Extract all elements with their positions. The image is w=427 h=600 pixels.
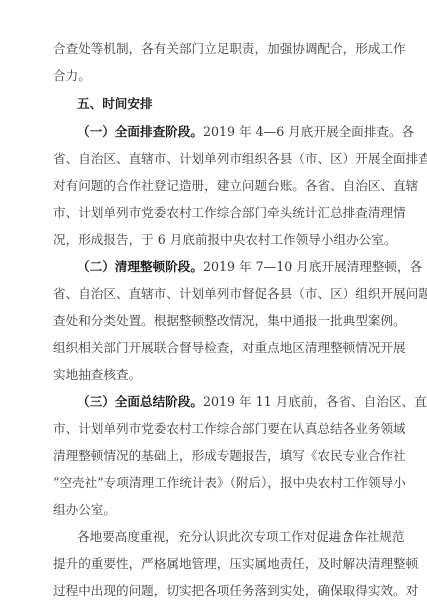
- paragraph-line: 对有问题的合作社登记造册，建立问题台账。各省、自治区、直辖: [53, 178, 399, 194]
- page-number: — 7 —: [326, 531, 370, 545]
- paragraph-line: 过程中出现的问题，切实把各项任务落到实处，确保取得实效。对: [53, 583, 399, 599]
- stage-text: 2019 年 7—10 月底开展清理整顿，各: [203, 259, 422, 274]
- stage-title: （三）全面总结阶段。: [77, 394, 203, 409]
- paragraph-line: （二）清理整顿阶段。2019 年 7—10 月底开展清理整顿，各: [77, 259, 399, 275]
- paragraph-line: 合力。: [53, 68, 399, 84]
- paragraph-line: 提升的重要性，严格属地管理，压实属地责任，及时解决清理整顿: [53, 556, 399, 572]
- paragraph-line: 组织相关部门开展联合督导检查，对重点地区清理整顿情况开展: [53, 340, 399, 356]
- paragraph-line: 清理整顿情况的基础上，形成专题报告，填写《农民专业合作社: [53, 448, 399, 464]
- paragraph-line: 实地抽查核查。: [53, 367, 399, 383]
- stage-title: （二）清理整顿阶段。: [77, 259, 203, 274]
- stage-text: 2019 年 11 月底前，各省、自治区、直辖: [203, 394, 427, 409]
- paragraph-line: 查处和分类处置。根据整顿整改情况，集中通报一批典型案例。: [53, 313, 399, 329]
- paragraph-line: “空壳社”专项清理工作统计表》（附后），报中央农村工作领导小: [53, 475, 399, 491]
- paragraph-line: 省、自治区、直辖市、计划单列市督促各县（市、区）组织开展问题: [53, 286, 399, 302]
- paragraph-line: 况，形成报告，于 6 月底前报中央农村工作领导小组办公室。: [53, 232, 399, 248]
- paragraph-line: 市、计划单列市党委农村工作综合部门要在认真总结各业务领域: [53, 421, 399, 437]
- stage-title: （一）全面排查阶段。: [77, 124, 203, 139]
- paragraph-line: 市、计划单列市党委农村工作综合部门牵头统计汇总排查清理情: [53, 205, 399, 221]
- paragraph-line: 组办公室。: [53, 502, 399, 518]
- paragraph-line: （三）全面总结阶段。2019 年 11 月底前，各省、自治区、直辖: [77, 394, 399, 410]
- document-page: 合查处等机制，各有关部门立足职责，加强协调配合，形成工作 合力。 五、时间安排 …: [0, 0, 427, 600]
- paragraph-line: 省、自治区、直辖市、计划单列市组织各县（市、区）开展全面排查，: [53, 151, 399, 167]
- stage-text: 2019 年 4—6 月底开展全面排查。各: [203, 124, 414, 139]
- paragraph-line: （一）全面排查阶段。2019 年 4—6 月底开展全面排查。各: [77, 124, 399, 140]
- section-heading: 五、时间安排: [77, 96, 399, 112]
- paragraph-line: 合查处等机制，各有关部门立足职责，加强协调配合，形成工作: [53, 41, 399, 57]
